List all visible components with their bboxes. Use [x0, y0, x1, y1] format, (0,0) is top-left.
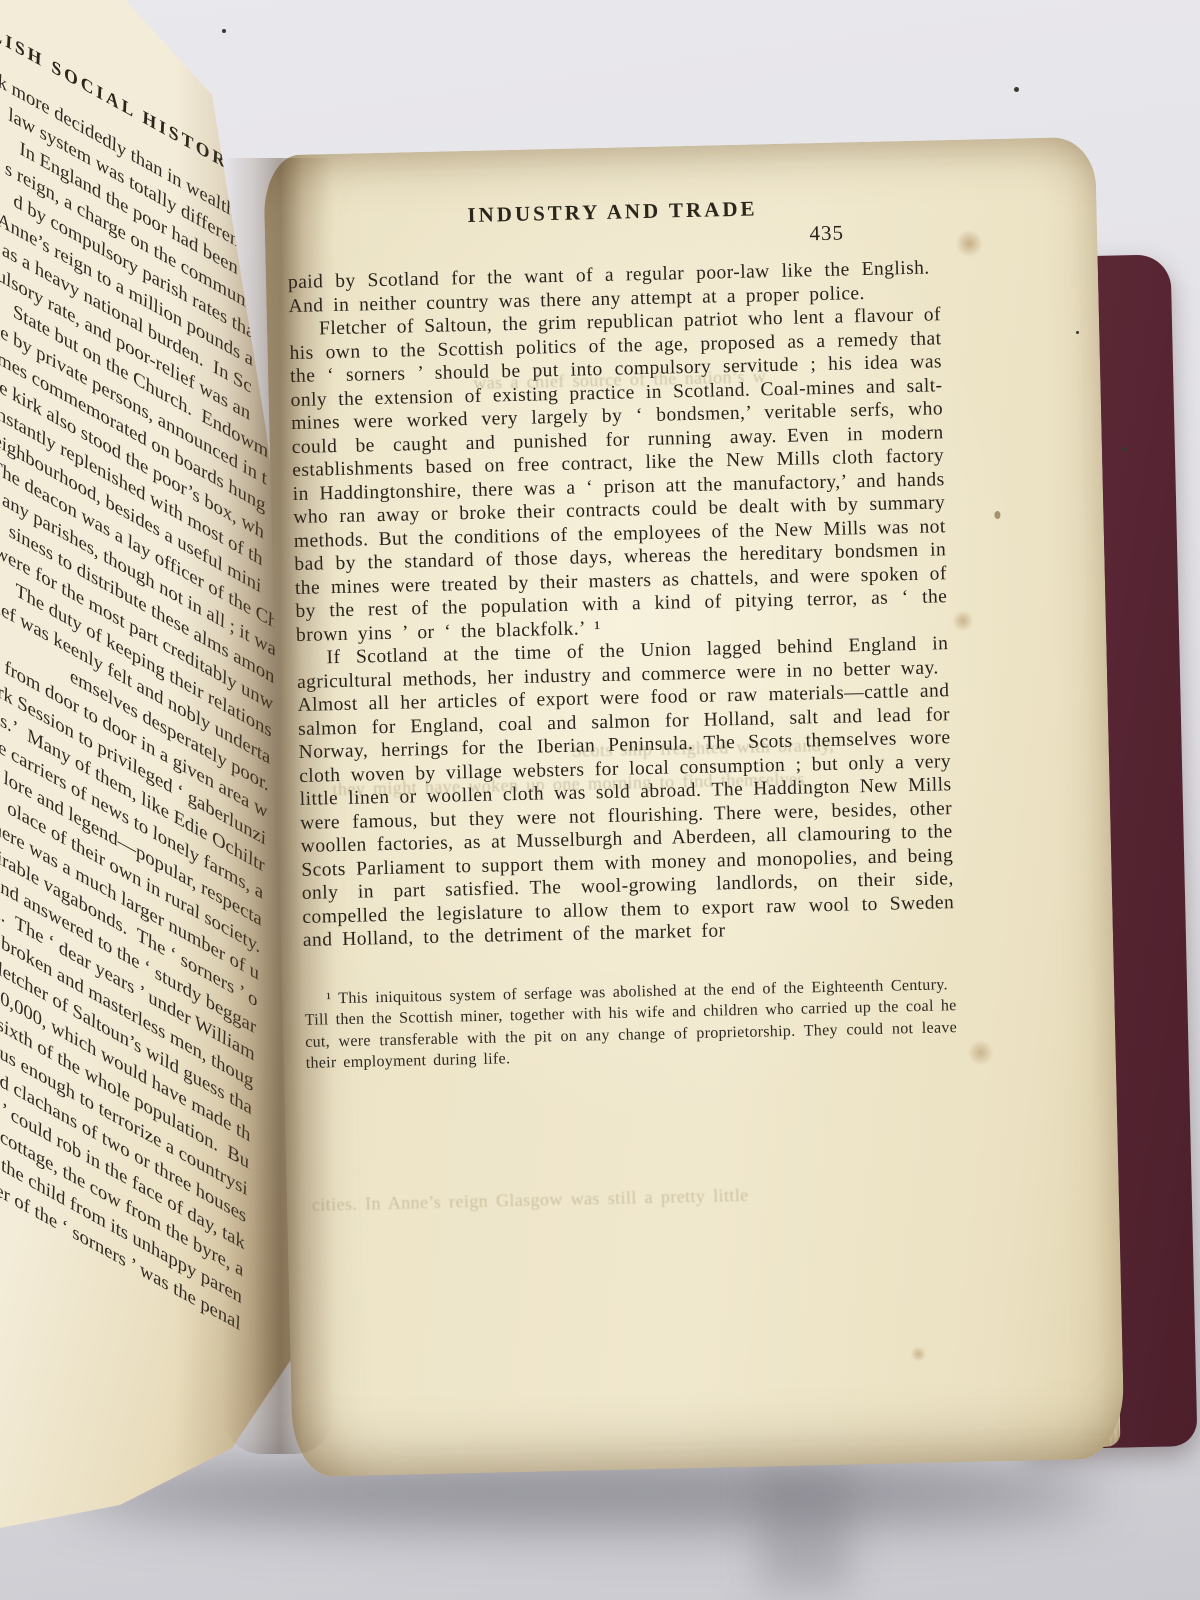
foxing-spot	[910, 1346, 926, 1362]
left-page: ENGLISH SOCIAL HISTORY folk more decided…	[0, 0, 305, 1540]
dust-speck	[1122, 447, 1127, 451]
footnote: ¹ This iniquitous system of serfage was …	[304, 974, 958, 1075]
body-text: paid by Scotland for the want of a regul…	[288, 256, 955, 952]
book-photo: { "scene": { "background_color": "#e2e1e…	[0, 0, 1200, 1600]
dust-speck	[222, 29, 226, 33]
dust-speck	[1014, 87, 1019, 92]
dust-speck	[1076, 331, 1079, 334]
right-page: was a chief source of the nation’s w Sco…	[263, 137, 1125, 1478]
page-number: 435	[809, 220, 844, 246]
right-page-content: INDUSTRY AND TRADE 435 paid by Scotland …	[263, 137, 1116, 1075]
show-through-text: cities. In Anne’s reign Glasgow was stil…	[312, 1185, 749, 1216]
paragraph: Fletcher of Saltoun, the grim republican…	[289, 303, 948, 647]
soft-shadow	[760, 1470, 850, 1590]
paragraph: If Scotland at the time of the Union lag…	[296, 632, 955, 952]
